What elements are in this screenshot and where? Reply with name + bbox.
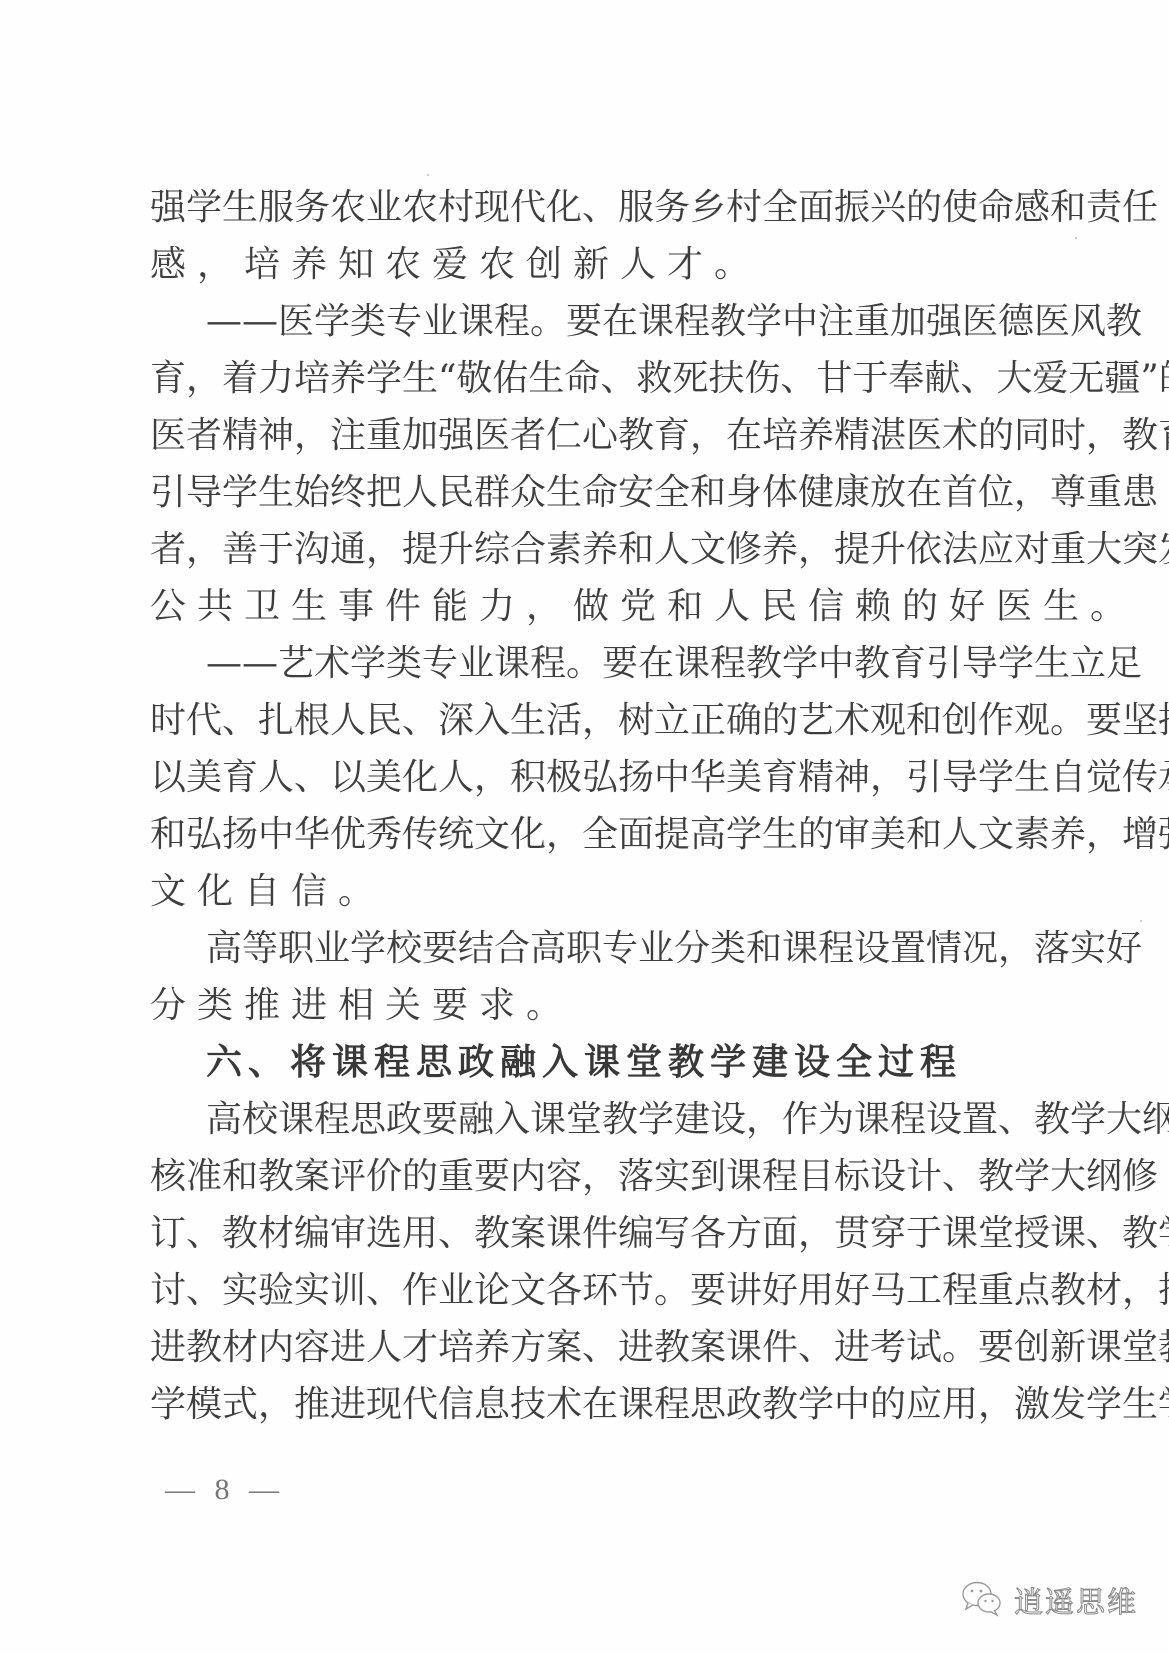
paragraph-line: 医者精神，注重加强医者仁心教育，在培养精湛医术的同时，教育 <box>150 411 1018 461</box>
paragraph-line: 以美育人、以美化人，积极弘扬中华美育精神，引导学生自觉传承 <box>150 753 1018 803</box>
scan-speck <box>1140 920 1142 922</box>
paragraph-line: 高校课程思政要融入课堂教学建设，作为课程设置、教学大纲 <box>206 1095 1018 1145</box>
paragraph-line: 进教材内容进人才培养方案、进教案课件、进考试。要创新课堂教 <box>150 1323 1018 1373</box>
paragraph-line: 者，善于沟通，提升综合素养和人文修养，提升依法应对重大突发 <box>150 525 1018 575</box>
scan-speck <box>427 174 429 176</box>
paragraph-line: 分类推进相关要求。 <box>150 981 1018 1031</box>
wechat-icon <box>960 1578 1004 1622</box>
paragraph-line: 学模式，推进现代信息技术在课程思政教学中的应用，激发学生学 <box>150 1380 1018 1430</box>
paragraph-line: 育，着力培养学生“敬佑生命、救死扶伤、甘于奉献、大爱无疆”的 <box>150 354 1018 404</box>
scan-speck <box>1075 237 1077 239</box>
paragraph-line: 引导学生始终把人民群众生命安全和身体健康放在首位，尊重患 <box>150 468 1018 518</box>
paragraph-line: 感，培养知农爱农创新人才。 <box>150 240 1018 290</box>
paragraph-line: 和弘扬中华优秀传统文化，全面提高学生的审美和人文素养，增强 <box>150 810 1018 860</box>
paragraph-line: 公共卫生事件能力，做党和人民信赖的好医生。 <box>150 582 1018 632</box>
paragraph-line: ——医学类专业课程。要在课程教学中注重加强医德医风教 <box>206 297 1018 347</box>
page-number: — 8 — <box>165 1472 285 1508</box>
section-heading: 六、将课程思政融入课堂教学建设全过程 <box>206 1038 1074 1088</box>
paragraph-line: 文化自信。 <box>150 867 1018 917</box>
paragraph-line: 订、教材编审选用、教案课件编写各方面，贯穿于课堂授课、教学研 <box>150 1209 1018 1259</box>
paragraph-line: 核准和教案评价的重要内容，落实到课程目标设计、教学大纲修 <box>150 1152 1018 1202</box>
watermark: 逍遥思维 <box>960 1575 1138 1625</box>
paragraph-line: 讨、实验实训、作业论文各环节。要讲好用好马工程重点教材，推 <box>150 1266 1018 1316</box>
paragraph-line: 时代、扎根人民、深入生活，树立正确的艺术观和创作观。要坚持 <box>150 696 1018 746</box>
paragraph-line: 高等职业学校要结合高职专业分类和课程设置情况，落实好 <box>206 924 1018 974</box>
paragraph-line: ——艺术学类专业课程。要在课程教学中教育引导学生立足 <box>206 639 1018 689</box>
document-page: 强学生服务农业农村现代化、服务乡村全面振兴的使命感和责任 感，培养知农爱农创新人… <box>0 0 1169 1654</box>
paragraph-line: 强学生服务农业农村现代化、服务乡村全面振兴的使命感和责任 <box>150 183 1018 233</box>
watermark-text: 逍遥思维 <box>1014 1580 1138 1621</box>
